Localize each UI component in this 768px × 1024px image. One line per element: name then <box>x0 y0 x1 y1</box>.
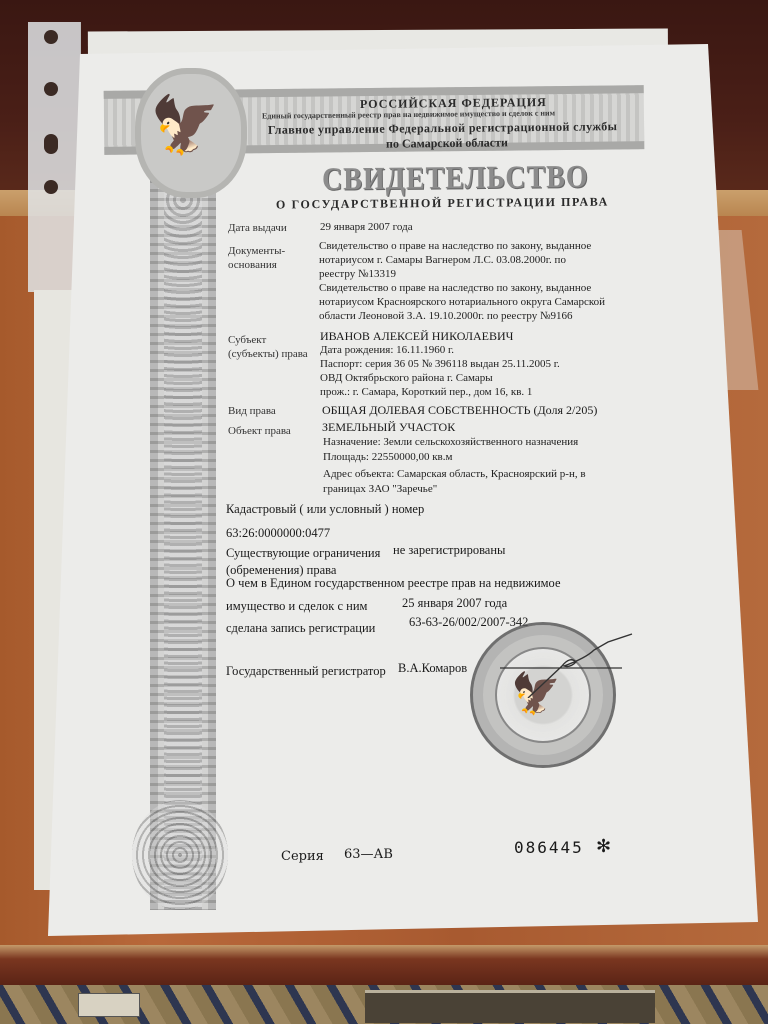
basis-line: реестру №13319 <box>319 268 396 280</box>
punch-hole <box>44 30 58 44</box>
subject-name: ИВАНОВ АЛЕКСЕЙ НИКОЛАЕВИЧ <box>320 329 513 344</box>
basis-line: нотариусом г. Самары Вагнером Л.С. 03.08… <box>319 254 566 266</box>
punch-hole <box>44 134 58 154</box>
clip-middle <box>365 990 655 1023</box>
registrar-label: Государственный регистратор <box>226 664 386 679</box>
registry-record-text: сделана запись регистрации <box>226 621 375 636</box>
object-area: Площадь: 22550000,00 кв.м <box>323 451 452 463</box>
object-address: Адрес объекта: Самарская область, Красно… <box>323 468 586 480</box>
right-type-value: ОБЩАЯ ДОЛЕВАЯ СОБСТВЕННОСТЬ (Доля 2/205) <box>322 403 597 418</box>
series-label: Серия <box>281 849 324 864</box>
series-value: 63—АВ <box>344 847 393 862</box>
object-name: ЗЕМЕЛЬНЫЙ УЧАСТОК <box>322 420 455 435</box>
issue-date-value: 29 января 2007 года <box>320 221 413 233</box>
subject-birth-date: Дата рождения: 16.11.1960 г. <box>320 344 454 356</box>
object-purpose: Назначение: Земли сельскохозяйственного … <box>323 436 578 448</box>
basis-line: Свидетельство о праве на наследство по з… <box>319 282 591 294</box>
issue-date-label: Дата выдачи <box>228 222 287 234</box>
basis-line: области Леоновой З.А. 19.10.2000г. по ре… <box>319 310 573 322</box>
folder-edge <box>0 945 768 985</box>
certificate-subtitle: О ГОСУДАРСТВЕННОЙ РЕГИСТРАЦИИ ПРАВА <box>276 195 609 213</box>
subject-label: (субъекты) права <box>228 348 308 360</box>
guilloche-rosette <box>132 800 228 910</box>
right-type-label: Вид права <box>228 405 276 417</box>
serial-mark-icon: ✻ <box>596 836 611 857</box>
punch-hole <box>44 180 58 194</box>
basis-line: нотариусом Красноярского нотариального о… <box>319 296 605 308</box>
certificate-title: СВИДЕТЕЛЬСТВО <box>322 159 589 198</box>
encumbrances-label: Существующие ограничения <box>226 546 380 561</box>
cadastral-label: Кадастровый ( или условный ) номер <box>226 502 424 517</box>
subject-passport-issuer: ОВД Октябрьского района г. Самары <box>320 372 493 384</box>
registry-record-text: О чем в Едином государственном реестре п… <box>226 576 561 591</box>
object-label: Объект права <box>228 425 291 437</box>
encumbrances-value: не зарегистрированы <box>393 543 505 558</box>
basis-label: Документы- <box>228 245 285 257</box>
registrar-name: В.А.Комаров <box>398 661 467 676</box>
coat-of-arms-icon: 🦅 <box>150 86 220 166</box>
clip-left <box>78 993 140 1017</box>
registry-record-text: имущество и сделок с ним <box>226 599 367 614</box>
authority-region: по Самарской области <box>386 135 508 151</box>
object-address: границах ЗАО "Заречье" <box>323 483 437 495</box>
subject-passport: Паспорт: серия 36 05 № 396118 выдан 25.1… <box>320 358 560 370</box>
basis-label: основания <box>228 259 277 271</box>
punch-hole <box>44 82 58 96</box>
registry-record-date: 25 января 2007 года <box>402 596 507 611</box>
cadastral-number: 63:26:0000000:0477 <box>226 526 330 541</box>
basis-line: Свидетельство о праве на наследство по з… <box>319 240 591 252</box>
signature <box>500 628 640 698</box>
serial-number: 086445 <box>514 838 584 857</box>
subject-label: Субъект <box>228 334 266 346</box>
subject-residence: прож.: г. Самара, Короткий пер., дом 16,… <box>320 386 532 398</box>
